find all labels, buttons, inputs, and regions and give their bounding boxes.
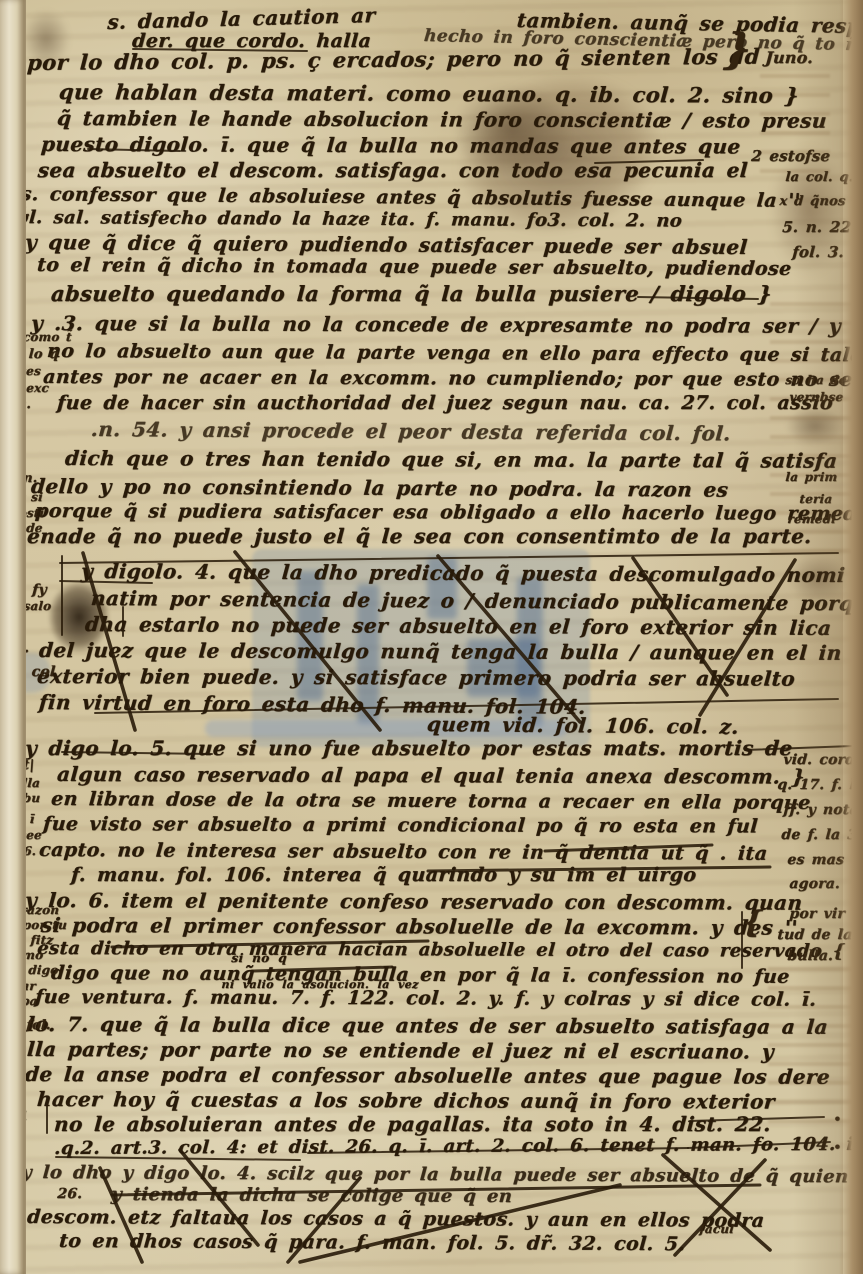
- manuscript-line: esta dicho en otra manera hacian absolue…: [36, 938, 845, 962]
- manuscript-line: lo. 7. que q̃ la bulla dice que antes de…: [26, 1012, 829, 1039]
- manuscript-line: por lo dho col. p. ps. ç ercados; pero n…: [26, 44, 760, 75]
- manuscript-line: f. manu. fol. 106. interea q̃ quarindo y…: [70, 864, 697, 886]
- manuscript-line: exterior bien puede. y si satisface prim…: [36, 664, 796, 691]
- manuscript-line: algun caso reservado al papa el qual ten…: [56, 762, 806, 789]
- manuscript-line: si no q̃: [231, 951, 288, 965]
- manuscript-line: col. sal. satisfecho dando la haze ita. …: [4, 207, 683, 232]
- page-edge-right: [839, 0, 863, 1274]
- manuscript-line: dha estarlo no puede ser absuelto en el …: [84, 612, 832, 640]
- manuscript-line: hacer hoy q̃ cuestas a los sobre dichos …: [36, 1087, 775, 1114]
- manuscript-line: y tienda la dicha se colige que q̃ en: [110, 1184, 513, 1207]
- manuscript-line: to en dhos casos q̃ para. f. man. fol. 5…: [58, 1230, 686, 1255]
- manuscript-line: y lo. 6. item el penitente confeso reser…: [24, 888, 803, 915]
- manuscript-line: lla partes; por parte no se entiende el …: [26, 1037, 775, 1064]
- manuscript-line: del juez que le descomulgo nunq̃ tenga l…: [38, 638, 842, 665]
- margin-note-right: }: [723, 24, 754, 73]
- manuscript-line: no lo absuelto aun que la parte venga en…: [46, 340, 863, 366]
- manuscript-line: quem vid. fol. 106. col. z.: [426, 712, 740, 739]
- manuscript-line: enade q̃ no puede justo el q̃ le sea con…: [26, 524, 812, 548]
- manuscript-line: y digolo. 4. que la dho predicado q̃ pue…: [80, 559, 846, 587]
- page-fold-left-edge: [0, 0, 26, 1274]
- manuscript-line: absuelto quedando la forma q̃ la bulla p…: [50, 281, 773, 306]
- margin-note-right: facul: [699, 1222, 735, 1236]
- manuscript-line: de la anse podra el confessor absoluelle…: [24, 1062, 831, 1089]
- manuscript-line: fue ventura. f. manu. 7. f. 122. col. 2.…: [34, 986, 817, 1011]
- manuscript-line: natim por sentencia de juez o / denuncia…: [90, 586, 863, 616]
- manuscript-line: y .3. que si la bulla no la concede de e…: [30, 311, 863, 338]
- manuscript-line: que hablan desta materi. como euano. q. …: [58, 79, 800, 108]
- manuscript-line: no le absoluieran antes de pagallas. ita…: [53, 1112, 771, 1136]
- manuscript-line: fue de hacer sin aucthoridad del juez se…: [56, 392, 833, 414]
- text-layer: s. dando la caution artambien. aunq̃ se …: [0, 0, 863, 1274]
- manuscript-line: .q.2. art.3. col. 4: et dist. 26. q. ī. …: [54, 1134, 863, 1159]
- manuscript-line: y digo lo. 5. que si uno fue absuelto po…: [24, 736, 793, 760]
- manuscript-page: s. dando la caution artambien. aunq̃ se …: [0, 0, 863, 1274]
- manuscript-line: descom. etz faltaua los casos a q̃ puest…: [26, 1206, 765, 1232]
- manuscript-line: fue visto ser absuelto a primi condicion…: [42, 813, 758, 837]
- manuscript-line: si podra el primer confessor absoluelle …: [40, 913, 798, 940]
- manuscript-line: puesto digolo. ī. que q̃ la bulla no man…: [40, 132, 741, 158]
- margin-note-left: 26.: [57, 1186, 83, 1202]
- margin-note-right: {: [742, 905, 764, 940]
- manuscript-line: digo que no aunq̃ tengan bulla en por q̃…: [50, 962, 790, 988]
- manuscript-line: en libran dose de la otra se muere torna…: [50, 788, 811, 814]
- manuscript-line: capto. no le interesa ser absuelto con r…: [38, 839, 768, 865]
- margin-note-left: salo: [23, 599, 52, 613]
- manuscript-line: dello y po no consintiendo la parte no p…: [30, 474, 729, 502]
- page-inner-shade: [793, 0, 843, 1274]
- manuscript-line: to el rein q̃ dicho in tomada que puede …: [36, 254, 792, 280]
- manuscript-line: .n. 54. y ansi procede el peor desta ref…: [90, 417, 732, 445]
- manuscript-line: porque q̃ si pudiera satisfacer esa obli…: [34, 500, 863, 525]
- manuscript-line: ī. sea absuelto el descom. satisfaga. co…: [10, 158, 748, 182]
- manuscript-line: q̃ tambien le hande absolucion in foro c…: [56, 106, 827, 133]
- manuscript-line: dich que o tres han tenido que si, en ma…: [64, 446, 838, 473]
- manuscript-line: antes por ne acaer en la excomm. no cump…: [42, 366, 853, 391]
